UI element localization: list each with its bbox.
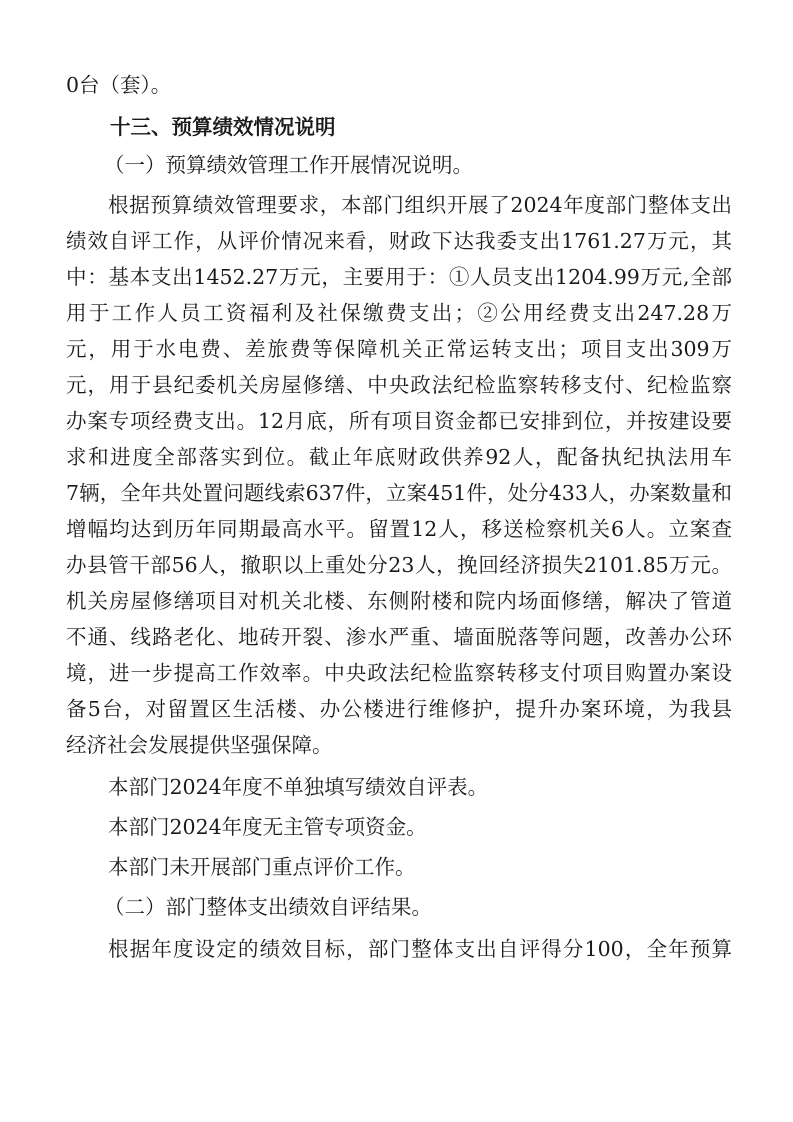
document-page: 0台（套）。 十三、预算绩效情况说明 （一）预算绩效管理工作开展情况说明。 根据…	[0, 0, 793, 1122]
paragraph-line: 绩效自评工作，从评价情况来看，财政下达我委支出1761.27万元，其	[66, 226, 732, 256]
paragraph-line: 备5台，对留置区生活楼、办公楼进行维修护，提升办案环境，为我县	[66, 694, 732, 724]
paragraph-line: 机关房屋修缮项目对机关北楼、东侧附楼和院内场面修缮，解决了管道	[66, 586, 732, 616]
paragraph-line: 经济社会发展提供坚强保障。	[66, 730, 732, 760]
statement-no-self-eval-form: 本部门2024年度不单独填写绩效自评表。	[108, 772, 732, 802]
paragraph-line: 增幅均达到历年同期最高水平。留置12人，移送检察机关6人。立案查	[66, 514, 732, 544]
continuation-line: 0台（套）。	[66, 70, 732, 100]
statement-no-special-funds: 本部门2024年度无主管专项资金。	[108, 812, 732, 842]
paragraph-line: 境，进一步提高工作效率。中央政法纪检监察转移支付项目购置办案设	[66, 658, 732, 688]
subsection-heading-1: （一）预算绩效管理工作开展情况说明。	[104, 150, 730, 180]
statement-no-key-evaluation: 本部门未开展部门重点评价工作。	[108, 852, 732, 882]
paragraph-line: 不通、线路老化、地砖开裂、渗水严重、墙面脱落等问题，改善办公环	[66, 622, 732, 652]
paragraph-line: 求和进度全部落实到位。截止年底财政供养92人，配备执纪执法用车	[66, 442, 732, 472]
paragraph-line: 根据预算绩效管理要求，本部门组织开展了2024年度部门整体支出	[108, 190, 732, 220]
paragraph-line: 根据年度设定的绩效目标，部门整体支出自评得分100，全年预算	[108, 934, 732, 964]
section-heading: 十三、预算绩效情况说明	[110, 112, 730, 142]
paragraph-line: 元，用于水电费、差旅费等保障机关正常运转支出；项目支出309万	[66, 334, 732, 364]
paragraph-line: 用于工作人员工资福利及社保缴费支出；②公用经费支出247.28万	[66, 298, 732, 328]
paragraph-line: 中：基本支出1452.27万元，主要用于：①人员支出1204.99万元,全部	[66, 262, 732, 292]
subsection-heading-2: （二）部门整体支出绩效自评结果。	[104, 892, 730, 922]
paragraph-line: 办案专项经费支出。12月底，所有项目资金都已安排到位，并按建设要	[66, 406, 732, 436]
paragraph-line: 元，用于县纪委机关房屋修缮、中央政法纪检监察转移支付、纪检监察	[66, 370, 732, 400]
paragraph-line: 7辆，全年共处置问题线索637件，立案451件，处分433人，办案数量和	[66, 478, 732, 508]
paragraph-line: 办县管干部56人，撤职以上重处分23人，挽回经济损失2101.85万元。	[66, 550, 732, 580]
